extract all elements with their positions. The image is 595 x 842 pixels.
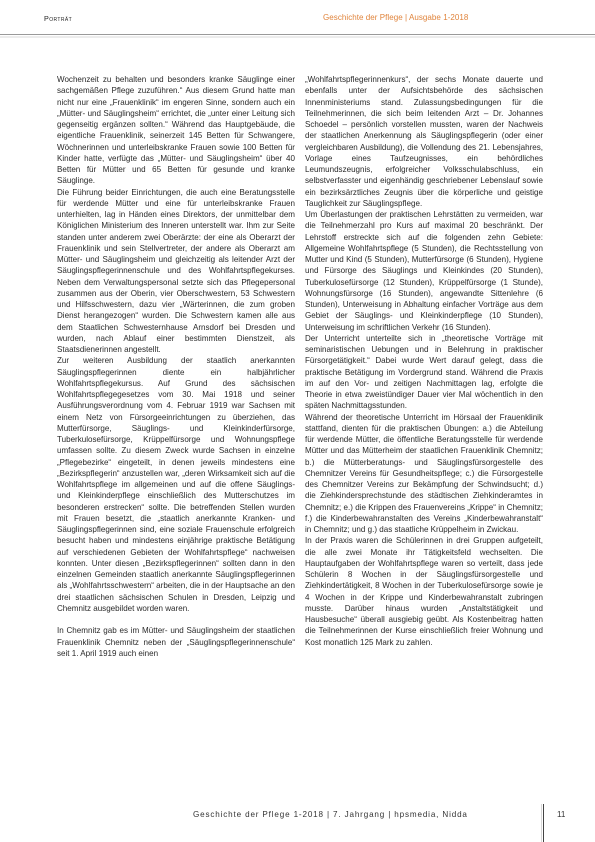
paragraph: Der Unterricht unterteilte sich in „theo… <box>305 333 543 412</box>
paragraph: Zur weiteren Ausbildung der staatlich an… <box>57 355 295 614</box>
paragraph: In der Praxis waren die Schülerinnen in … <box>305 535 543 648</box>
page-number: 11 <box>557 810 565 819</box>
paragraph: In Chemnitz gab es im Mütter- und Säugli… <box>57 625 295 659</box>
footer-divider <box>543 804 544 842</box>
paragraph: Wochenzeit zu behalten und besonders kra… <box>57 74 295 187</box>
page-header: Porträt Geschichte der Pflege | Ausgabe … <box>0 0 595 36</box>
paragraph: „Wohlfahrtspflegerinnenkurs“, der sechs … <box>305 74 543 209</box>
publication-title: Geschichte der Pflege | Ausgabe 1-2018 <box>323 13 468 22</box>
page-footer: Geschichte der Pflege 1-2018 | 7. Jahrga… <box>0 800 595 842</box>
section-label: Porträt <box>44 14 72 23</box>
right-text-column: „Wohlfahrtspflegerinnenkurs“, der sechs … <box>305 74 543 648</box>
header-divider-shadow <box>0 36 595 38</box>
paragraph: Die Führung beider Einrichtungen, die au… <box>57 187 295 356</box>
paragraph: Um Überlastungen der praktischen Lehrstä… <box>305 209 543 333</box>
paragraph: Während der theoretische Unterricht im H… <box>305 412 543 536</box>
footer-citation: Geschichte der Pflege 1-2018 | 7. Jahrga… <box>193 810 468 819</box>
footer-divider-shadow <box>541 804 542 842</box>
header-divider <box>0 34 595 35</box>
left-text-column: Wochenzeit zu behalten und besonders kra… <box>57 74 295 659</box>
